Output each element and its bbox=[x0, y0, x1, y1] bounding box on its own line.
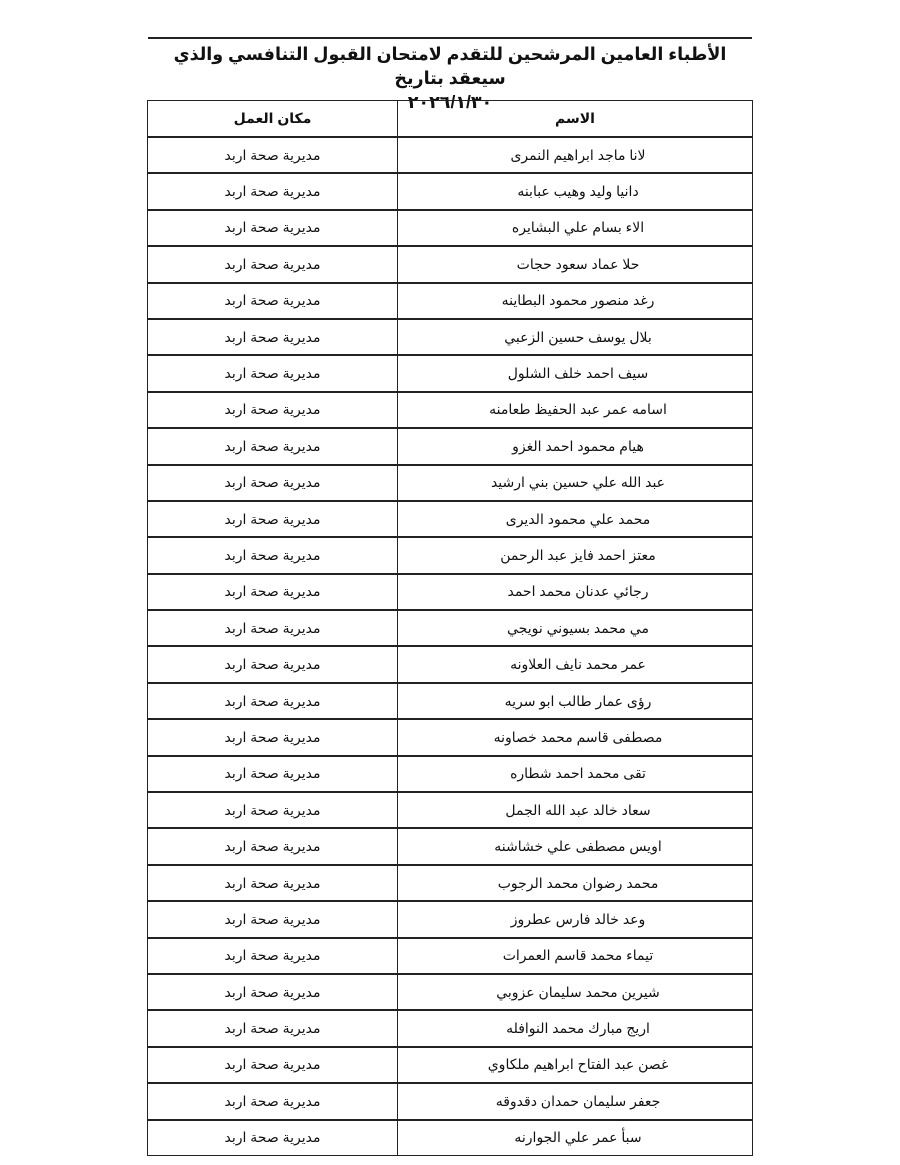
name-cell: بلال يوسف حسين الزعبي bbox=[398, 319, 753, 355]
workplace-cell: مديرية صحة اربد bbox=[148, 974, 398, 1010]
candidates-table: الاسم مكان العمل لانا ماجد ابراهيم النمر… bbox=[147, 100, 753, 1156]
workplace-cell: مديرية صحة اربد bbox=[148, 319, 398, 355]
name-cell: جعفر سليمان حمدان دقدوقه bbox=[398, 1083, 753, 1119]
table-row: محمد رضوان محمد الرجوبمديرية صحة اربد bbox=[148, 865, 753, 901]
workplace-cell: مديرية صحة اربد bbox=[148, 1120, 398, 1156]
table-row: هيام محمود احمد الغزومديرية صحة اربد bbox=[148, 428, 753, 464]
name-cell: تيماء محمد قاسم العمرات bbox=[398, 938, 753, 974]
name-cell: تقى محمد احمد شطاره bbox=[398, 756, 753, 792]
table-row: مي محمد بسيوني نويجيمديرية صحة اربد bbox=[148, 610, 753, 646]
table-row: اويس مصطفى علي خشاشنهمديرية صحة اربد bbox=[148, 828, 753, 864]
table-row: رغد منصور محمود البطاينهمديرية صحة اربد bbox=[148, 283, 753, 319]
name-cell: لانا ماجد ابراهيم النمرى bbox=[398, 137, 753, 173]
name-cell: شيرين محمد سليمان عزوبي bbox=[398, 974, 753, 1010]
table-row: محمد علي محمود الديرىمديرية صحة اربد bbox=[148, 501, 753, 537]
table-row: الاء بسام علي البشايرهمديرية صحة اربد bbox=[148, 210, 753, 246]
workplace-cell: مديرية صحة اربد bbox=[148, 719, 398, 755]
workplace-cell: مديرية صحة اربد bbox=[148, 756, 398, 792]
table-row: عبد الله علي حسين بني ارشيدمديرية صحة ار… bbox=[148, 465, 753, 501]
workplace-cell: مديرية صحة اربد bbox=[148, 938, 398, 974]
table-row: شيرين محمد سليمان عزوبيمديرية صحة اربد bbox=[148, 974, 753, 1010]
name-cell: مصطفى قاسم محمد خصاونه bbox=[398, 719, 753, 755]
name-cell: دانيا وليد وهيب عبابنه bbox=[398, 173, 753, 209]
header-name: الاسم bbox=[398, 101, 753, 138]
table-row: اسامه عمر عبد الحفيظ طعامنهمديرية صحة ار… bbox=[148, 392, 753, 428]
table-row: تيماء محمد قاسم العمراتمديرية صحة اربد bbox=[148, 938, 753, 974]
table-row: حلا عماد سعود حجاتمديرية صحة اربد bbox=[148, 246, 753, 282]
name-cell: معتز احمد فايز عبد الرحمن bbox=[398, 537, 753, 573]
table-row: اريج مبارك محمد النوافلهمديرية صحة اربد bbox=[148, 1010, 753, 1046]
workplace-cell: مديرية صحة اربد bbox=[148, 792, 398, 828]
workplace-cell: مديرية صحة اربد bbox=[148, 828, 398, 864]
workplace-cell: مديرية صحة اربد bbox=[148, 1010, 398, 1046]
title-line-1: الأطباء العامين المرشحين للتقدم لامتحان … bbox=[148, 42, 752, 90]
table-row: تقى محمد احمد شطارهمديرية صحة اربد bbox=[148, 756, 753, 792]
table-row: رجائي عدنان محمد احمدمديرية صحة اربد bbox=[148, 574, 753, 610]
workplace-cell: مديرية صحة اربد bbox=[148, 537, 398, 573]
name-cell: الاء بسام علي البشايره bbox=[398, 210, 753, 246]
workplace-cell: مديرية صحة اربد bbox=[148, 137, 398, 173]
header-workplace: مكان العمل bbox=[148, 101, 398, 138]
workplace-cell: مديرية صحة اربد bbox=[148, 1047, 398, 1083]
workplace-cell: مديرية صحة اربد bbox=[148, 355, 398, 391]
table-header-row: الاسم مكان العمل bbox=[148, 101, 753, 138]
workplace-cell: مديرية صحة اربد bbox=[148, 428, 398, 464]
table-body: لانا ماجد ابراهيم النمرىمديرية صحة اربدد… bbox=[148, 137, 753, 1155]
name-cell: سيف احمد خلف الشلول bbox=[398, 355, 753, 391]
name-cell: عبد الله علي حسين بني ارشيد bbox=[398, 465, 753, 501]
name-cell: غصن عبد الفتاح ابراهيم ملكاوي bbox=[398, 1047, 753, 1083]
workplace-cell: مديرية صحة اربد bbox=[148, 1083, 398, 1119]
table-row: معتز احمد فايز عبد الرحمنمديرية صحة اربد bbox=[148, 537, 753, 573]
name-cell: سبأ عمر علي الجوارنه bbox=[398, 1120, 753, 1156]
workplace-cell: مديرية صحة اربد bbox=[148, 610, 398, 646]
table-row: عمر محمد نايف العلاونهمديرية صحة اربد bbox=[148, 646, 753, 682]
workplace-cell: مديرية صحة اربد bbox=[148, 865, 398, 901]
table-row: غصن عبد الفتاح ابراهيم ملكاويمديرية صحة … bbox=[148, 1047, 753, 1083]
name-cell: رؤى عمار طالب ابو سريه bbox=[398, 683, 753, 719]
workplace-cell: مديرية صحة اربد bbox=[148, 210, 398, 246]
table-row: دانيا وليد وهيب عبابنهمديرية صحة اربد bbox=[148, 173, 753, 209]
workplace-cell: مديرية صحة اربد bbox=[148, 392, 398, 428]
workplace-cell: مديرية صحة اربد bbox=[148, 173, 398, 209]
name-cell: حلا عماد سعود حجات bbox=[398, 246, 753, 282]
name-cell: مي محمد بسيوني نويجي bbox=[398, 610, 753, 646]
top-rule bbox=[148, 37, 752, 39]
workplace-cell: مديرية صحة اربد bbox=[148, 574, 398, 610]
table-row: وعد خالد فارس عطروزمديرية صحة اربد bbox=[148, 901, 753, 937]
name-cell: عمر محمد نايف العلاونه bbox=[398, 646, 753, 682]
workplace-cell: مديرية صحة اربد bbox=[148, 246, 398, 282]
table-row: بلال يوسف حسين الزعبيمديرية صحة اربد bbox=[148, 319, 753, 355]
workplace-cell: مديرية صحة اربد bbox=[148, 283, 398, 319]
name-cell: محمد علي محمود الديرى bbox=[398, 501, 753, 537]
name-cell: سعاد خالد عبد الله الجمل bbox=[398, 792, 753, 828]
table-row: سبأ عمر علي الجوارنهمديرية صحة اربد bbox=[148, 1120, 753, 1156]
name-cell: محمد رضوان محمد الرجوب bbox=[398, 865, 753, 901]
name-cell: وعد خالد فارس عطروز bbox=[398, 901, 753, 937]
table-row: لانا ماجد ابراهيم النمرىمديرية صحة اربد bbox=[148, 137, 753, 173]
table-row: سعاد خالد عبد الله الجملمديرية صحة اربد bbox=[148, 792, 753, 828]
workplace-cell: مديرية صحة اربد bbox=[148, 683, 398, 719]
name-cell: اريج مبارك محمد النوافله bbox=[398, 1010, 753, 1046]
workplace-cell: مديرية صحة اربد bbox=[148, 646, 398, 682]
name-cell: اسامه عمر عبد الحفيظ طعامنه bbox=[398, 392, 753, 428]
name-cell: رجائي عدنان محمد احمد bbox=[398, 574, 753, 610]
workplace-cell: مديرية صحة اربد bbox=[148, 465, 398, 501]
name-cell: هيام محمود احمد الغزو bbox=[398, 428, 753, 464]
table-row: سيف احمد خلف الشلولمديرية صحة اربد bbox=[148, 355, 753, 391]
table-row: مصطفى قاسم محمد خصاونهمديرية صحة اربد bbox=[148, 719, 753, 755]
workplace-cell: مديرية صحة اربد bbox=[148, 501, 398, 537]
workplace-cell: مديرية صحة اربد bbox=[148, 901, 398, 937]
table-row: جعفر سليمان حمدان دقدوقهمديرية صحة اربد bbox=[148, 1083, 753, 1119]
table-row: رؤى عمار طالب ابو سريهمديرية صحة اربد bbox=[148, 683, 753, 719]
name-cell: رغد منصور محمود البطاينه bbox=[398, 283, 753, 319]
name-cell: اويس مصطفى علي خشاشنه bbox=[398, 828, 753, 864]
